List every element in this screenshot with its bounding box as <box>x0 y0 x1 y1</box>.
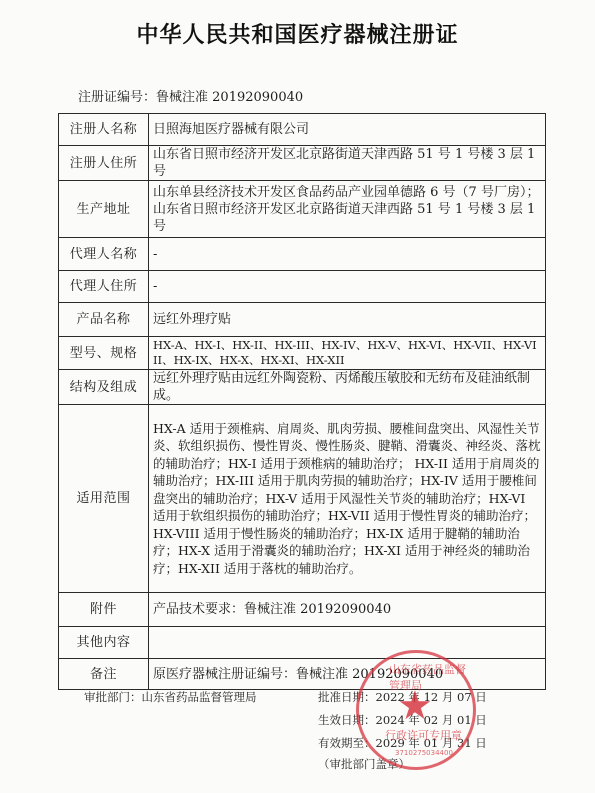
approval-date: 批准日期：2022 年 12 月 07 日 <box>318 689 487 705</box>
production-address: 山东单县经济技术开发区食品药品产业园单德路 6 号（7 号厂房）；山东省日照市经… <box>149 181 546 238</box>
row-label: 型号、规格 <box>59 337 149 370</box>
row-label: 附件 <box>59 593 149 627</box>
registration-table: 注册人名称 日照海旭医疗器械有限公司 注册人住所 山东省日照市经济开发区北京路街… <box>58 113 546 690</box>
table-row: 适用范围 HX-A 适用于颈椎病、肩周炎、肌肉劳损、腰椎间盘突出、风湿性关节炎、… <box>59 405 546 593</box>
seal-note: （审批部门盖章） <box>318 756 410 772</box>
table-row: 代理人住所 - <box>59 271 546 303</box>
certificate-number: 注册证编号：鲁械注准 20192090040 <box>78 86 303 105</box>
attachment: 产品技术要求：鲁械注准 20192090040 <box>149 593 546 627</box>
valid-until-date: 有效期至：2029 年 01 月 31 日 <box>318 735 487 751</box>
agent-name: - <box>149 238 546 271</box>
certificate-number-value: 鲁械注准 20192090040 <box>156 90 303 105</box>
row-label: 适用范围 <box>59 405 149 593</box>
table-row: 附件 产品技术要求：鲁械注准 20192090040 <box>59 593 546 627</box>
table-row: 产品名称 远红外理疗贴 <box>59 303 546 337</box>
table-row: 注册人名称 日照海旭医疗器械有限公司 <box>59 114 546 146</box>
row-label: 产品名称 <box>59 303 149 337</box>
agent-address: - <box>149 271 546 303</box>
scope-of-application: HX-A 适用于颈椎病、肩周炎、肌肉劳损、腰椎间盘突出、风湿性关节炎、软组织损伤… <box>149 405 546 593</box>
structure-composition: 远红外理疗贴由远红外陶瓷粉、丙烯酸压敏胶和无纺布及硅油纸制成。 <box>149 370 546 405</box>
model-spec: HX-A、HX-I、HX-II、HX-III、HX-IV、HX-V、HX-VI、… <box>149 337 546 370</box>
row-label: 结构及组成 <box>59 370 149 405</box>
approval-department: 审批部门：山东省药品监督管理局 <box>84 689 257 705</box>
table-row: 生产地址 山东单县经济技术开发区食品药品产业园单德路 6 号（7 号厂房）；山东… <box>59 181 546 238</box>
row-label: 生产地址 <box>59 181 149 238</box>
table-row: 注册人住所 山东省日照市经济开发区北京路街道天津西路 51 号 1 号楼 3 层… <box>59 146 546 181</box>
table-row: 代理人名称 - <box>59 238 546 271</box>
table-row: 型号、规格 HX-A、HX-I、HX-II、HX-III、HX-IV、HX-V、… <box>59 337 546 370</box>
row-label: 备注 <box>59 659 149 690</box>
table-row: 其他内容 <box>59 627 546 659</box>
row-label: 其他内容 <box>59 627 149 659</box>
other-content <box>149 627 546 659</box>
registrant-name: 日照海旭医疗器械有限公司 <box>149 114 546 146</box>
row-label: 注册人住所 <box>59 146 149 181</box>
document-title: 中华人民共和国医疗器械注册证 <box>0 18 595 49</box>
registrant-address: 山东省日照市经济开发区北京路街道天津西路 51 号 1 号楼 3 层 1 号 <box>149 146 546 181</box>
row-label: 代理人名称 <box>59 238 149 271</box>
row-label: 注册人名称 <box>59 114 149 146</box>
table-row: 结构及组成 远红外理疗贴由远红外陶瓷粉、丙烯酸压敏胶和无纺布及硅油纸制成。 <box>59 370 546 405</box>
certificate-number-label: 注册证编号： <box>78 90 156 105</box>
row-label: 代理人住所 <box>59 271 149 303</box>
remarks: 原医疗器械注册证编号：鲁械注准 20192090040 <box>149 659 546 690</box>
table-row: 备注 原医疗器械注册证编号：鲁械注准 20192090040 <box>59 659 546 690</box>
product-name: 远红外理疗贴 <box>149 303 546 337</box>
effective-date: 生效日期：2024 年 02 月 01 日 <box>318 712 487 728</box>
